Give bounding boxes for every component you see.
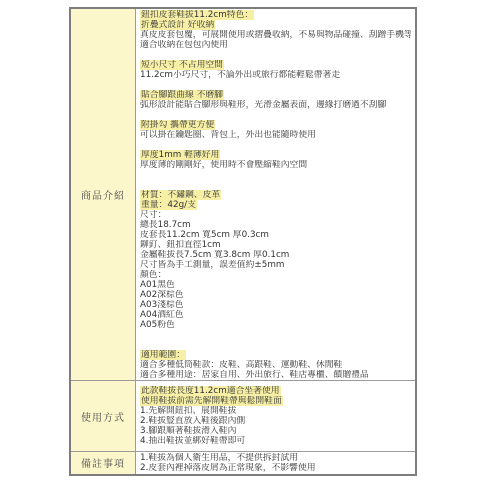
text-line xyxy=(140,140,411,150)
text-line: 2.皮套內裡掉落皮屑為正常現象，不影響使用 xyxy=(140,463,411,473)
highlighted-text: 此款鞋拔長度11.2cm適合坐著使用 xyxy=(140,386,281,396)
row-product-intro: 商品介紹 鈕扣皮套鞋拔11.2cm特色：折疊式設計 好收納真皮皮套包覆，可展開使… xyxy=(70,8,416,381)
text-line: 尺寸： xyxy=(140,210,411,220)
text-line xyxy=(140,170,411,180)
text-line: 貼合腳跟曲線 不磨腳 xyxy=(140,90,411,100)
highlighted-text: 重量：42g/支 xyxy=(140,200,197,210)
highlighted-text: 附掛勾 攜帶更方便 xyxy=(140,120,215,130)
row-notes: 備註事項 1.鞋拔為個人衛生用品，不提供拆封試用2.皮套內裡掉落皮屑為正常現象，… xyxy=(70,452,416,475)
text-line: 顏色： xyxy=(140,270,411,280)
text-line xyxy=(140,110,411,120)
text-line: 金屬鞋拔長7.5cm 寬3.8cm 厚0.1cm xyxy=(140,250,411,260)
highlighted-text: 厚度1mm 輕薄好用 xyxy=(140,150,220,160)
text-line: 尺寸皆為手工測量，誤差值約±5mm xyxy=(140,260,411,270)
text-line xyxy=(140,340,411,350)
text-line: 2.鞋拔豎直放入鞋後跟內側 xyxy=(140,416,411,426)
text-line: A01黑色 xyxy=(140,280,411,290)
text-line: 適合多種低筒鞋款：皮鞋、高跟鞋、運動鞋、休閒鞋 xyxy=(140,360,411,370)
text-line: 短小尺寸 不占用空間 xyxy=(140,60,411,70)
row-label-product-intro: 商品介紹 xyxy=(70,8,136,381)
usage-content: 此款鞋拔長度11.2cm適合坐著使用使用鞋拔前需先解開鞋帶與鬆開鞋面1.先解開鈕… xyxy=(136,381,417,452)
product-intro-content: 鈕扣皮套鞋拔11.2cm特色：折疊式設計 好收納真皮皮套包覆，可展開使用或摺疊收… xyxy=(136,8,417,381)
highlighted-text: 折疊式設計 好收納 xyxy=(140,20,215,30)
text-line: A02深棕色 xyxy=(140,290,411,300)
text-line: 重量：42g/支 xyxy=(140,200,411,210)
highlighted-text: 鈕扣皮套鞋拔11.2cm特色： xyxy=(140,10,254,20)
text-line: A04酒紅色 xyxy=(140,310,411,320)
highlighted-text: 貼合腳跟曲線 不磨腳 xyxy=(140,90,224,100)
product-description-panel: 商品介紹 鈕扣皮套鞋拔11.2cm特色：折疊式設計 好收納真皮皮套包覆，可展開使… xyxy=(69,7,417,476)
text-line: 總長18.7cm xyxy=(140,220,411,230)
text-line: 鈕扣皮套鞋拔11.2cm特色： xyxy=(140,10,411,20)
text-line: A03淺棕色 xyxy=(140,300,411,310)
text-line: 折疊式設計 好收納 xyxy=(140,20,411,30)
text-line: 此款鞋拔長度11.2cm適合坐著使用 xyxy=(140,386,411,396)
text-line: 適用範圍： xyxy=(140,350,411,360)
text-line: 鉚釘、鈕扣直徑1cm xyxy=(140,240,411,250)
text-line: 可以掛在鑰匙圈、背包上，外出也能隨時使用 xyxy=(140,130,411,140)
text-line: A05粉色 xyxy=(140,320,411,330)
text-line xyxy=(140,180,411,190)
text-line: 弧形設計能貼合腳形與鞋形，光滑金屬表面，邊緣打磨過不刮腳 xyxy=(140,100,411,110)
text-line xyxy=(140,80,411,90)
highlighted-text: 短小尺寸 不占用空間 xyxy=(140,60,224,70)
highlighted-text: 材質：不鏽鋼、皮革 xyxy=(140,190,221,200)
text-line: 4.抽出鞋拔並綁好鞋帶即可 xyxy=(140,436,411,446)
row-usage: 使用方式 此款鞋拔長度11.2cm適合坐著使用使用鞋拔前需先解開鞋帶與鬆開鞋面1… xyxy=(70,381,416,452)
text-line: 厚度薄的剛剛好，使用時不會壓縮鞋內空間 xyxy=(140,160,411,170)
text-line: 附掛勾 攜帶更方便 xyxy=(140,120,411,130)
highlighted-text: 適用範圍： xyxy=(140,350,186,360)
text-line: 適合收納在包包內使用 xyxy=(140,40,411,50)
text-line: 使用鞋拔前需先解開鞋帶與鬆開鞋面 xyxy=(140,396,411,406)
text-line xyxy=(140,330,411,340)
notes-content: 1.鞋拔為個人衛生用品，不提供拆封試用2.皮套內裡掉落皮屑為正常現象，不影響使用 xyxy=(136,452,417,475)
text-line: 1.鞋拔為個人衛生用品，不提供拆封試用 xyxy=(140,453,411,463)
text-line xyxy=(140,50,411,60)
text-line: 皮套長11.2cm 寬5cm 厚0.3cm xyxy=(140,230,411,240)
text-line: 1.先解開鈕扣、展開鞋拔 xyxy=(140,406,411,416)
row-label-notes: 備註事項 xyxy=(70,452,136,475)
text-line: 厚度1mm 輕薄好用 xyxy=(140,150,411,160)
row-label-usage: 使用方式 xyxy=(70,381,136,452)
text-line: 真皮皮套包覆，可展開使用或摺疊收納，不易與物品碰撞、刮蹭手機等 xyxy=(140,30,411,40)
text-line: 3.腳跟順著鞋拔滑入鞋內 xyxy=(140,426,411,436)
text-line: 材質：不鏽鋼、皮革 xyxy=(140,190,411,200)
text-line: 適合多種用途：居家自用、外出旅行、鞋店專櫃、饋贈禮品 xyxy=(140,370,411,380)
product-info-table: 商品介紹 鈕扣皮套鞋拔11.2cm特色：折疊式設計 好收納真皮皮套包覆，可展開使… xyxy=(69,7,417,476)
highlighted-text: 使用鞋拔前需先解開鞋帶與鬆開鞋面 xyxy=(140,396,283,406)
text-line: 11.2cm小巧尺寸，不論外出或旅行都能輕鬆帶著走 xyxy=(140,70,411,80)
